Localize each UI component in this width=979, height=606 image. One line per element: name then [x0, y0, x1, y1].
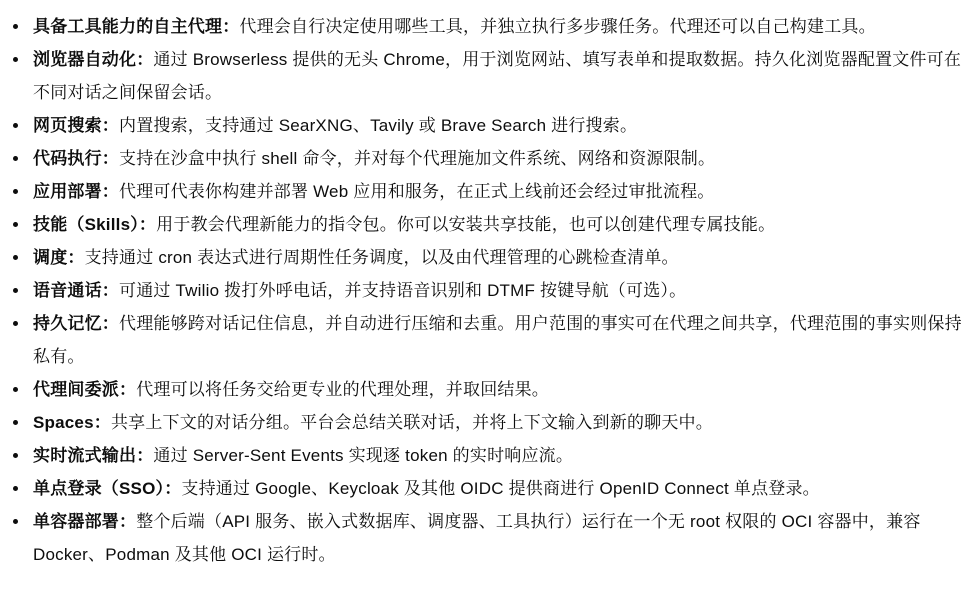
bullet-icon: [13, 519, 18, 524]
bullet-icon: [13, 321, 18, 326]
list-item: 调度：支持通过 cron 表达式进行周期性任务调度，以及由代理管理的心跳检查清单…: [33, 241, 967, 274]
list-item: 应用部署：代理可代表你构建并部署 Web 应用和服务，在正式上线前还会经过审批流…: [33, 175, 967, 208]
feature-label: 应用部署：: [33, 182, 119, 201]
list-item: 具备工具能力的自主代理：代理会自行决定使用哪些工具，并独立执行多步骤任务。代理还…: [33, 10, 967, 43]
list-item: 浏览器自动化：通过 Browserless 提供的无头 Chrome，用于浏览网…: [33, 43, 967, 109]
bullet-icon: [13, 486, 18, 491]
feature-text: 支持通过 Google、Keycloak 及其他 OIDC 提供商进行 Open…: [181, 479, 819, 498]
bullet-icon: [13, 57, 18, 62]
feature-label: 语音通话：: [33, 281, 119, 300]
feature-label: 网页搜索：: [33, 116, 119, 135]
bullet-icon: [13, 420, 18, 425]
feature-label: 代码执行：: [33, 149, 119, 168]
feature-text: 支持通过 cron 表达式进行周期性任务调度，以及由代理管理的心跳检查清单。: [85, 248, 679, 267]
feature-text: 支持在沙盒中执行 shell 命令，并对每个代理施加文件系统、网络和资源限制。: [119, 149, 715, 168]
feature-text: 代理可代表你构建并部署 Web 应用和服务，在正式上线前还会经过审批流程。: [119, 182, 715, 201]
feature-text: 代理能够跨对话记住信息，并自动进行压缩和去重。用户范围的事实可在代理之间共享，代…: [33, 314, 962, 366]
feature-text: 代理会自行决定使用哪些工具，并独立执行多步骤任务。代理还可以自己构建工具。: [239, 17, 875, 36]
list-item: 技能（Skills）：用于教会代理新能力的指令包。你可以安装共享技能，也可以创建…: [33, 208, 967, 241]
list-item: 代理间委派：代理可以将任务交给更专业的代理处理，并取回结果。: [33, 373, 967, 406]
bullet-icon: [13, 387, 18, 392]
feature-list: 具备工具能力的自主代理：代理会自行决定使用哪些工具，并独立执行多步骤任务。代理还…: [33, 10, 967, 571]
bullet-icon: [13, 156, 18, 161]
feature-label: 具备工具能力的自主代理：: [33, 17, 239, 36]
bullet-icon: [13, 189, 18, 194]
list-item: 网页搜索：内置搜索，支持通过 SearXNG、Tavily 或 Brave Se…: [33, 109, 967, 142]
feature-label: 单容器部署：: [33, 512, 136, 531]
feature-label: 浏览器自动化：: [33, 50, 153, 69]
list-item: 单容器部署：整个后端（API 服务、嵌入式数据库、调度器、工具执行）运行在一个无…: [33, 505, 967, 571]
feature-label: 代理间委派：: [33, 380, 136, 399]
list-item: 单点登录（SSO）：支持通过 Google、Keycloak 及其他 OIDC …: [33, 472, 967, 505]
bullet-icon: [13, 123, 18, 128]
bullet-icon: [13, 255, 18, 260]
bullet-icon: [13, 24, 18, 29]
feature-text: 共享上下文的对话分组。平台会总结关联对话，并将上下文输入到新的聊天中。: [111, 413, 713, 432]
feature-text: 用于教会代理新能力的指令包。你可以安装共享技能，也可以创建代理专属技能。: [156, 215, 775, 234]
feature-label: Spaces：: [33, 413, 111, 432]
bullet-icon: [13, 288, 18, 293]
bullet-icon: [13, 453, 18, 458]
list-item: 实时流式输出：通过 Server-Sent Events 实现逐 token 的…: [33, 439, 967, 472]
feature-text: 通过 Browserless 提供的无头 Chrome，用于浏览网站、填写表单和…: [33, 50, 961, 102]
list-item: 持久记忆：代理能够跨对话记住信息，并自动进行压缩和去重。用户范围的事实可在代理之…: [33, 307, 967, 373]
feature-text: 整个后端（API 服务、嵌入式数据库、调度器、工具执行）运行在一个无 root …: [33, 512, 921, 564]
feature-label: 持久记忆：: [33, 314, 119, 333]
list-item: 代码执行：支持在沙盒中执行 shell 命令，并对每个代理施加文件系统、网络和资…: [33, 142, 967, 175]
feature-text: 代理可以将任务交给更专业的代理处理，并取回结果。: [136, 380, 549, 399]
document-body: 具备工具能力的自主代理：代理会自行决定使用哪些工具，并独立执行多步骤任务。代理还…: [0, 0, 979, 606]
bullet-icon: [13, 222, 18, 227]
list-item: 语音通话：可通过 Twilio 拨打外呼电话，并支持语音识别和 DTMF 按键导…: [33, 274, 967, 307]
feature-label: 技能（Skills）：: [33, 215, 156, 234]
feature-text: 内置搜索，支持通过 SearXNG、Tavily 或 Brave Search …: [119, 116, 637, 135]
feature-label: 单点登录（SSO）：: [33, 479, 181, 498]
feature-text: 通过 Server-Sent Events 实现逐 token 的实时响应流。: [153, 446, 573, 465]
list-item: Spaces：共享上下文的对话分组。平台会总结关联对话，并将上下文输入到新的聊天…: [33, 406, 967, 439]
feature-label: 实时流式输出：: [33, 446, 153, 465]
feature-text: 可通过 Twilio 拨打外呼电话，并支持语音识别和 DTMF 按键导航（可选）…: [119, 281, 686, 300]
feature-label: 调度：: [33, 248, 85, 267]
